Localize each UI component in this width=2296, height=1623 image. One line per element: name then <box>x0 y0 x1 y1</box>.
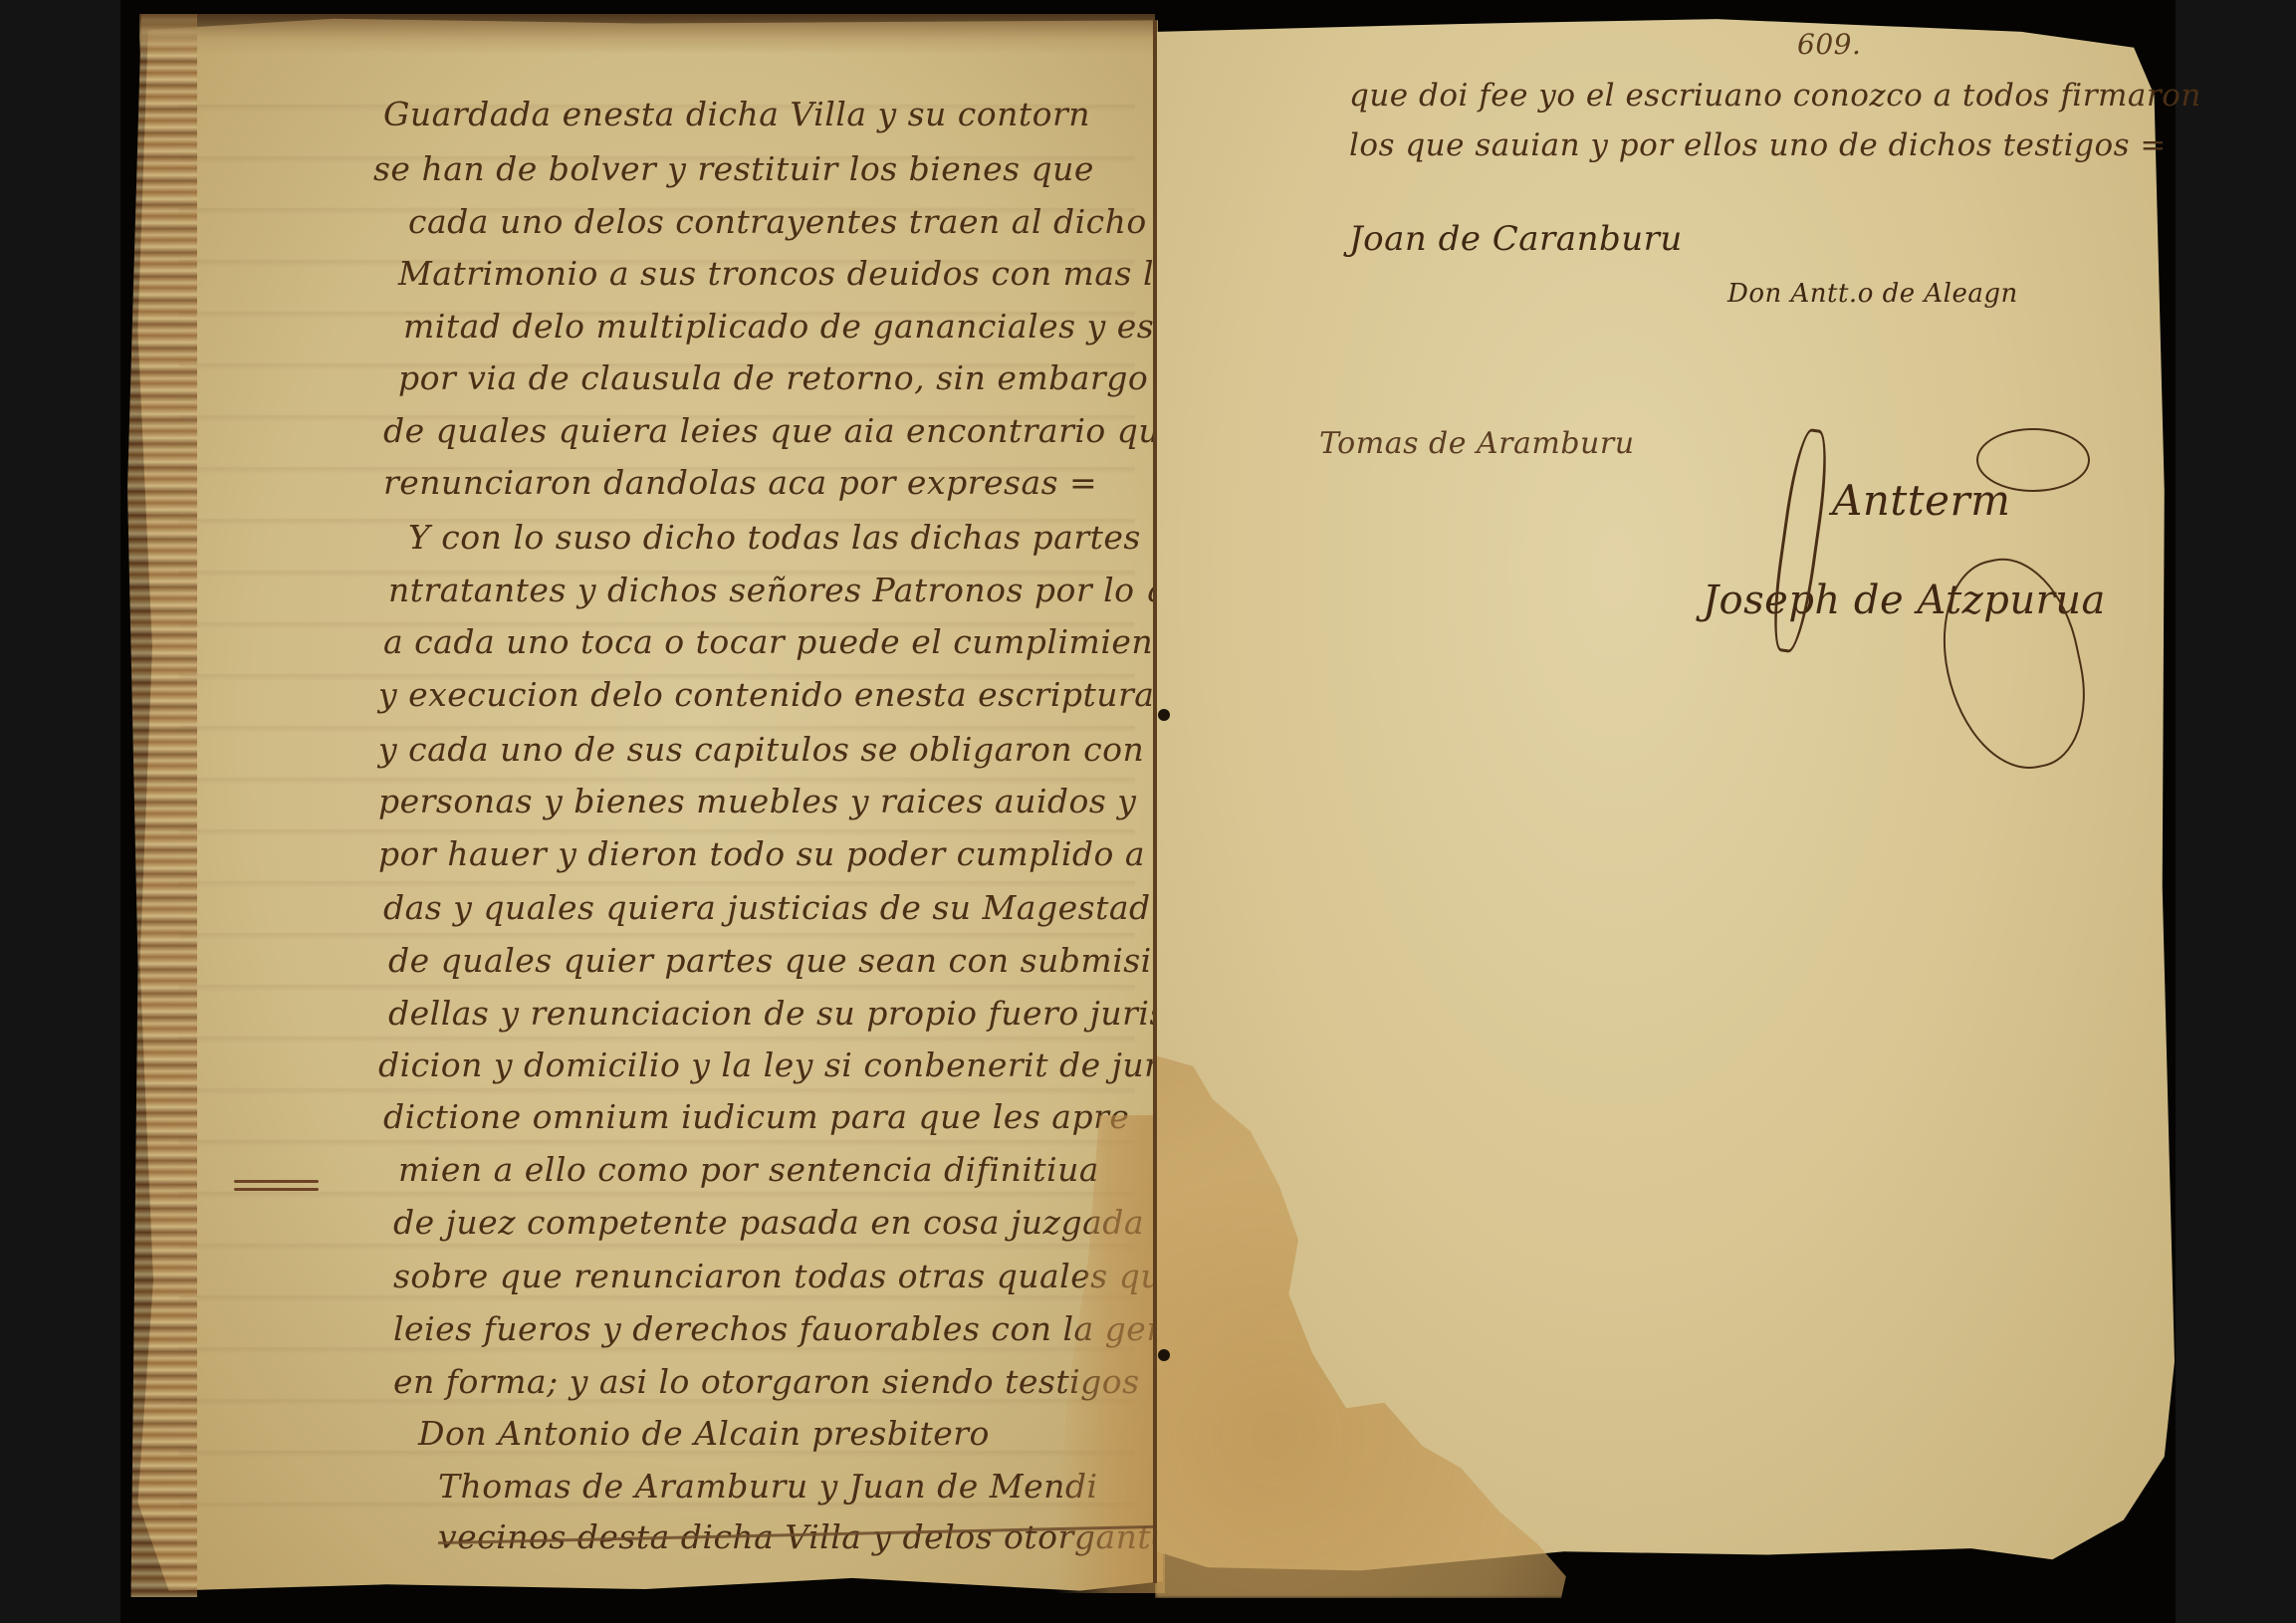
manuscript-line: Don Antonio de Alcain presbitero <box>418 1414 990 1453</box>
manuscript-line: mien a ello como por sentencia difinitiu… <box>398 1150 1099 1189</box>
manuscript-line: se han de bolver y restituir los bienes … <box>373 149 1094 188</box>
manuscript-line: das y quales quiera justicias de su Mage… <box>383 888 1151 927</box>
manuscript-line: Y con lo suso dicho todas las dichas par… <box>408 518 1198 557</box>
manuscript-line: Matrimonio a sus troncos deuidos con mas… <box>398 254 1174 293</box>
folio-number: 609. <box>1797 28 1861 61</box>
binding-gutter <box>1153 20 1157 1583</box>
manuscript-line: por via de clausula de retorno, sin emba… <box>398 358 1148 397</box>
manuscript-line: en forma; y asi lo otorgaron siendo test… <box>393 1362 1140 1401</box>
manuscript-line: cada uno delos contrayentes traen al dic… <box>408 202 1147 241</box>
manuscript-line: dicion y domicilio y la ley si conbeneri… <box>378 1045 1189 1084</box>
manuscript-line: de juez competente pasada en cosa juzgad… <box>393 1203 1144 1242</box>
signature-tomas-de-aramburu: Tomas de Aramburu <box>1319 426 1635 461</box>
manuscript-line: a cada uno toca o tocar puede el cumplim… <box>383 622 1187 661</box>
binding-hole <box>1158 1349 1170 1361</box>
signature-antterm: Antterm <box>1832 476 2010 525</box>
manuscript-line: dictione omnium iudicum para que les apr… <box>383 1097 1129 1136</box>
binding-hole <box>1158 709 1170 721</box>
signature-flourish <box>1976 428 2090 492</box>
manuscript-line: de quales quiera leies que aia encontrar… <box>383 411 1240 450</box>
manuscript-line: Thomas de Aramburu y Juan de Mendi <box>438 1467 1098 1506</box>
manuscript-line: y execucion delo contenido enesta escrip… <box>378 675 1154 714</box>
manuscript-line: y cada uno de sus capitulos se obligaron… <box>378 730 1212 769</box>
manuscript-line: renunciaron dandolas aca por expresas = <box>383 463 1097 502</box>
manuscript-line: los que sauian y por ellos uno de dichos… <box>1349 127 2167 163</box>
manuscript-line: personas y bienes muebles y raices auido… <box>378 782 1136 820</box>
manuscript-line: ntratantes y dichos señores Patronos por… <box>388 571 1209 609</box>
manuscript-line: que doi fee yo el escriuano conozco a to… <box>1349 78 2201 114</box>
manuscript-line: Guardada enesta dicha Villa y su contorn <box>383 95 1090 133</box>
manuscript-line: de quales quier partes que sean con subm… <box>388 941 1194 980</box>
left-page-top-edge <box>139 14 1155 54</box>
manuscript-line: mitad delo multiplicado de gananciales y… <box>403 307 1188 346</box>
signature-joan-de-caranburu: Joan de Caranburu <box>1349 219 1683 259</box>
manuscript-line: dellas y renunciacion de su propio fuero… <box>388 994 1167 1033</box>
margin-equals-mark <box>234 1180 319 1196</box>
signature-don-antonio: Don Antt.o de Aleagn <box>1727 279 2018 309</box>
manuscript-line: por hauer y dieron todo su poder cumplid… <box>378 834 1190 873</box>
